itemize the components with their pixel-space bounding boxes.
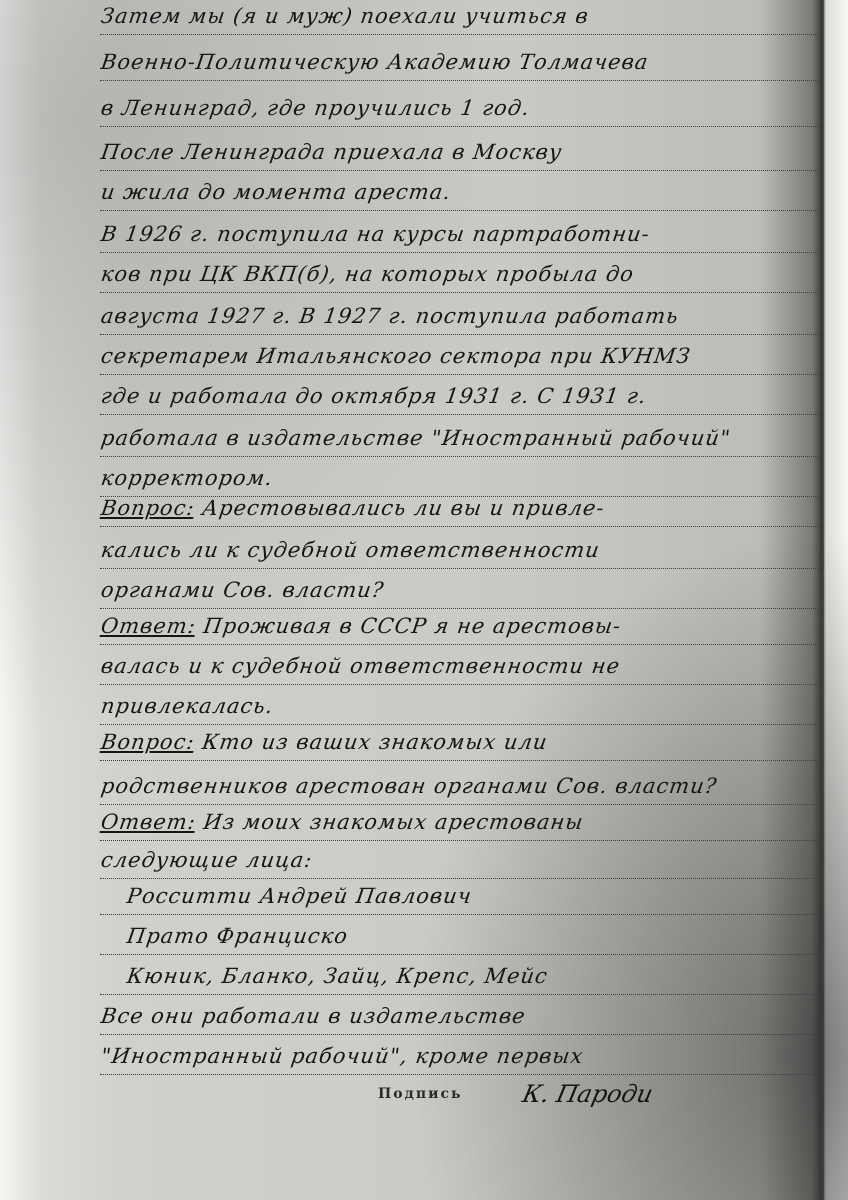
handwritten-line: Вопрос: Арестовывались ли вы и привле-: [97, 496, 833, 536]
ruled-line: [100, 292, 820, 293]
line-text: После Ленинграда приехала в Москву: [99, 140, 563, 164]
ruled-line: [100, 804, 820, 805]
handwritten-line: После Ленинграда приехала в Москву: [97, 140, 833, 180]
ruled-line: [100, 878, 820, 879]
ruled-line: [100, 414, 820, 415]
handwritten-line: Росситти Андрей Павлович: [97, 884, 848, 924]
ruled-line: [100, 914, 820, 915]
line-text: секретарем Итальянского сектора при КУНМ…: [99, 344, 692, 368]
line-text: работала в издательстве "Иностранный раб…: [99, 426, 732, 450]
line-text: Проживая в СССР я не арестовы-: [194, 614, 623, 638]
line-text: Росситти Андрей Павлович: [125, 884, 473, 908]
line-text: Из моих знакомых арестованы: [194, 810, 585, 834]
line-text: ков при ЦК ВКП(б), на которых пробыла до: [99, 262, 635, 286]
ruled-line: [100, 210, 820, 211]
handwritten-line: работала в издательстве "Иностранный раб…: [97, 426, 833, 466]
line-text: органами Сов. власти?: [99, 578, 385, 602]
line-text: корректором.: [99, 466, 274, 490]
line-text: Прато Франциско: [125, 924, 349, 948]
line-text: Арестовывались ли вы и привле-: [193, 496, 606, 520]
handwritten-line: Ответ: Проживая в СССР я не арестовы-: [97, 614, 833, 654]
ruled-line: [100, 1074, 820, 1075]
handwritten-line: следующие лица:: [97, 848, 833, 888]
handwritten-line: Ответ: Из моих знакомых арестованы: [97, 810, 833, 850]
qa-label: Ответ:: [99, 614, 197, 638]
handwritten-line: Затем мы (я и муж) поехали учиться в: [97, 4, 833, 44]
line-text: и жила до момента ареста.: [99, 180, 452, 204]
signature-label: Подпись: [378, 1086, 463, 1102]
handwritten-line: и жила до момента ареста.: [97, 180, 833, 220]
ruled-line: [100, 252, 820, 253]
line-text: Кто из ваших знакомых или: [193, 730, 549, 754]
handwritten-line: родственников арестован органами Сов. вл…: [97, 774, 833, 814]
line-text: Затем мы (я и муж) поехали учиться в: [99, 4, 590, 28]
signature-value: К. Пароди: [520, 1080, 656, 1108]
line-text: Кюник, Бланко, Зайц, Крепс, Мейс: [125, 964, 549, 988]
line-text: Все они работали в издательстве: [99, 1004, 527, 1028]
ruled-line: [100, 608, 820, 609]
ruled-line: [100, 684, 820, 685]
handwritten-line: органами Сов. власти?: [97, 578, 833, 618]
line-text: кались ли к судебной ответственности: [99, 538, 601, 562]
qa-label: Вопрос:: [99, 496, 196, 520]
ruled-line: [100, 526, 820, 527]
line-text: где и работала до октября 1931 г. С 1931…: [99, 384, 648, 408]
handwritten-line: августа 1927 г. В 1927 г. поступила рабо…: [97, 304, 833, 344]
line-text: Военно-Политическую Академию Толмачева: [99, 50, 650, 74]
handwritten-line: где и работала до октября 1931 г. С 1931…: [97, 384, 833, 424]
ruled-line: [100, 80, 820, 81]
handwritten-line: ков при ЦК ВКП(б), на которых пробыла до: [97, 262, 833, 302]
ruled-line: [100, 840, 820, 841]
line-text: "Иностранный рабочий", кроме первых: [99, 1044, 585, 1068]
ruled-line: [100, 568, 820, 569]
handwritten-line: привлекалась.: [97, 694, 833, 734]
qa-label: Вопрос:: [99, 730, 196, 754]
ruled-line: [100, 34, 820, 35]
line-text: в Ленинград, где проучились 1 год.: [99, 96, 531, 120]
line-text: августа 1927 г. В 1927 г. поступила рабо…: [99, 304, 680, 328]
line-text: В 1926 г. поступила на курсы партработни…: [99, 222, 651, 246]
qa-label: Ответ:: [99, 810, 197, 834]
ruled-line: [100, 954, 820, 955]
handwritten-line: Военно-Политическую Академию Толмачева: [97, 50, 833, 90]
ruled-line: [100, 170, 820, 171]
handwritten-line: секретарем Итальянского сектора при КУНМ…: [97, 344, 833, 384]
handwritten-line: В 1926 г. поступила на курсы партработни…: [97, 222, 833, 262]
handwritten-line: Кюник, Бланко, Зайц, Крепс, Мейс: [97, 964, 848, 1004]
ruled-line: [100, 724, 820, 725]
handwritten-line: Прато Франциско: [97, 924, 848, 964]
handwritten-line: в Ленинград, где проучились 1 год.: [97, 96, 833, 136]
document-page: Затем мы (я и муж) поехали учиться вВоен…: [0, 0, 848, 1200]
handwritten-line: Все они работали в издательстве: [97, 1004, 833, 1044]
ruled-line: [100, 126, 820, 127]
handwritten-line: Вопрос: Кто из ваших знакомых или: [97, 730, 833, 770]
handwritten-line: валась и к судебной ответственности не: [97, 654, 833, 694]
ruled-line: [100, 456, 820, 457]
line-text: следующие лица:: [99, 848, 314, 872]
ruled-text-area: Затем мы (я и муж) поехали учиться вВоен…: [100, 0, 820, 1200]
signature-row: Подпись К. Пароди: [378, 1080, 738, 1120]
line-text: валась и к судебной ответственности не: [99, 654, 621, 678]
handwritten-line: "Иностранный рабочий", кроме первых: [97, 1044, 833, 1084]
ruled-line: [100, 760, 820, 761]
line-text: привлекалась.: [99, 694, 275, 718]
ruled-line: [100, 374, 820, 375]
ruled-line: [100, 994, 820, 995]
ruled-line: [100, 644, 820, 645]
ruled-line: [100, 334, 820, 335]
handwritten-line: кались ли к судебной ответственности: [97, 538, 833, 578]
ruled-line: [100, 1034, 820, 1035]
line-text: родственников арестован органами Сов. вл…: [99, 774, 718, 798]
